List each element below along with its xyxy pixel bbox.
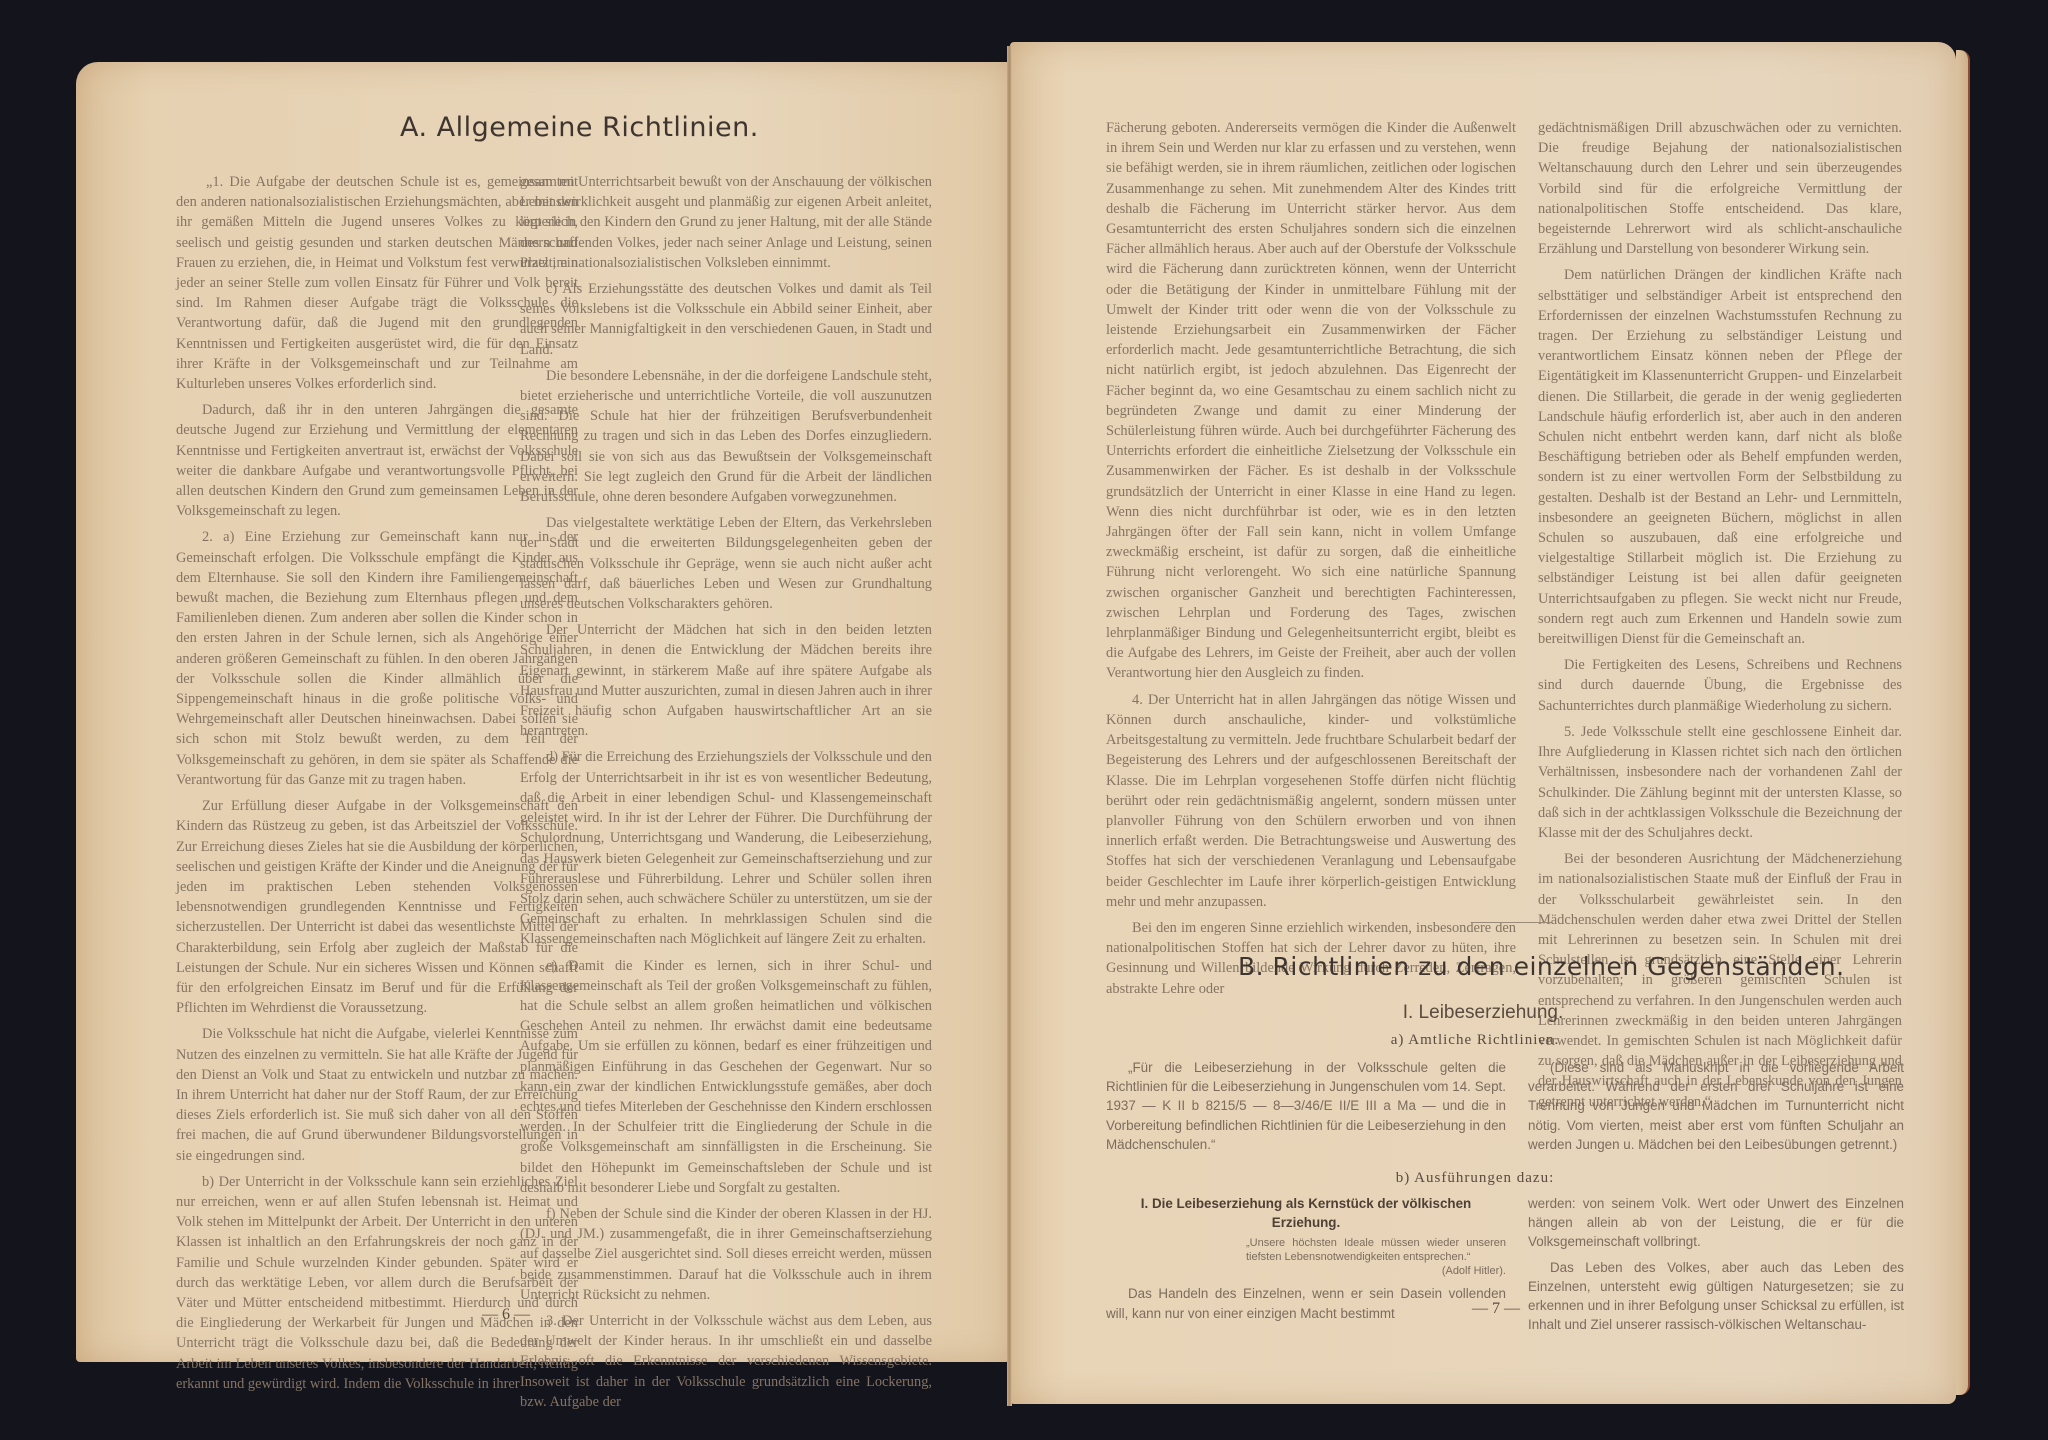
motto-quote: „Unsere höchsten Ideale müssen wieder un… bbox=[1246, 1236, 1506, 1264]
page-number: — 6 — bbox=[482, 1306, 530, 1324]
left-column-2: gesamten Unterrichtsarbeit bewußt von de… bbox=[520, 172, 932, 1418]
paragraph: Der Unterricht der Mädchen hat sich in d… bbox=[520, 620, 932, 741]
paragraph: Das Leben des Volkes, aber auch das Lebe… bbox=[1528, 1258, 1904, 1335]
paragraph: Die Volksschule hat nicht die Aufgabe, v… bbox=[176, 1024, 578, 1165]
paragraph: Die besondere Lebensnähe, in der die dor… bbox=[520, 366, 932, 507]
paragraph: c) Als Erziehungsstätte des deutschen Vo… bbox=[520, 279, 932, 360]
right-column-1: Fächerung geboten. Andererseits vermögen… bbox=[1106, 118, 1516, 1005]
page-edge-stack bbox=[1956, 50, 1970, 1395]
paragraph: „1. Die Aufgabe der deutschen Schule ist… bbox=[176, 172, 578, 394]
part-a-label: a) Amtliche Richtlinien. bbox=[1010, 1032, 1940, 1049]
part-b-left-text: I. Die Leibeserziehung als Kernstück der… bbox=[1106, 1194, 1506, 1329]
left-page: A. Allgemeine Richtlinien. „1. Die Aufga… bbox=[76, 62, 1010, 1362]
paragraph: Dem natürlichen Drängen der kindlichen K… bbox=[1538, 265, 1902, 649]
paragraph: 4. Der Unterricht hat in allen Jahrgänge… bbox=[1106, 690, 1516, 912]
paragraph: „Für die Leibeserziehung in der Volkssch… bbox=[1106, 1058, 1506, 1154]
paragraph: b) Der Unterricht in der Volksschule kan… bbox=[176, 1172, 578, 1394]
paragraph: Fächerung geboten. Andererseits vermögen… bbox=[1106, 118, 1516, 684]
paragraph: Das vielgestaltete werktätige Leben der … bbox=[520, 513, 932, 614]
paragraph: Das Handeln des Einzelnen, wenn er sein … bbox=[1106, 1284, 1506, 1322]
section-b-heading: B. Richtlinien zu den einzelnen Gegenstä… bbox=[1238, 952, 1845, 981]
paragraph: 3. Der Unterricht in der Volksschule wäc… bbox=[520, 1311, 932, 1412]
book-spine bbox=[1007, 46, 1012, 1406]
paragraph: werden: von seinem Volk. Wert oder Unwer… bbox=[1528, 1194, 1904, 1252]
paragraph: Die Fertigkeiten des Lesens, Schreibens … bbox=[1538, 655, 1902, 716]
paragraph: Dadurch, daß ihr in den unteren Jahrgäng… bbox=[176, 400, 578, 521]
paragraph: d) Für die Erreichung des Erziehungsziel… bbox=[520, 747, 932, 949]
paragraph: f) Neben der Schule sind die Kinder der … bbox=[520, 1204, 932, 1305]
right-page: Fächerung geboten. Andererseits vermögen… bbox=[1010, 42, 1956, 1404]
subsection-heading: I. Leibeserziehung. bbox=[1010, 1002, 1956, 1024]
paragraph: 2. a) Eine Erziehung zur Gemeinschaft ka… bbox=[176, 527, 578, 790]
part-b-label: b) Ausführungen dazu: bbox=[1010, 1170, 1940, 1187]
paragraph: 5. Jede Volksschule stellt eine geschlos… bbox=[1538, 722, 1902, 843]
part-a-left-text: „Für die Leibeserziehung in der Volkssch… bbox=[1106, 1058, 1506, 1160]
motto-author: (Adolf Hitler). bbox=[1246, 1264, 1506, 1278]
paragraph: gesamten Unterrichtsarbeit bewußt von de… bbox=[520, 172, 932, 273]
paragraph: gedächtnismäßigen Drill abzuschwächen od… bbox=[1538, 118, 1902, 259]
part-b-right-text: werden: von seinem Volk. Wert oder Unwer… bbox=[1528, 1194, 1904, 1340]
part-a-right-text: (Diese sind als Manuskript in die vorlie… bbox=[1528, 1058, 1904, 1160]
page-number: — 7 — bbox=[1472, 1300, 1520, 1318]
section-divider bbox=[1472, 922, 1552, 923]
part-b-heading: I. Die Leibeserziehung als Kernstück der… bbox=[1106, 1194, 1506, 1232]
left-column-1: „1. Die Aufgabe der deutschen Schule ist… bbox=[176, 172, 578, 1400]
paragraph: (Diese sind als Manuskript in die vorlie… bbox=[1528, 1058, 1904, 1154]
paragraph: Zur Erfüllung dieser Aufgabe in der Volk… bbox=[176, 796, 578, 1018]
section-a-heading: A. Allgemeine Richtlinien. bbox=[400, 112, 759, 143]
paragraph: e) Damit die Kinder es lernen, sich in i… bbox=[520, 956, 932, 1198]
